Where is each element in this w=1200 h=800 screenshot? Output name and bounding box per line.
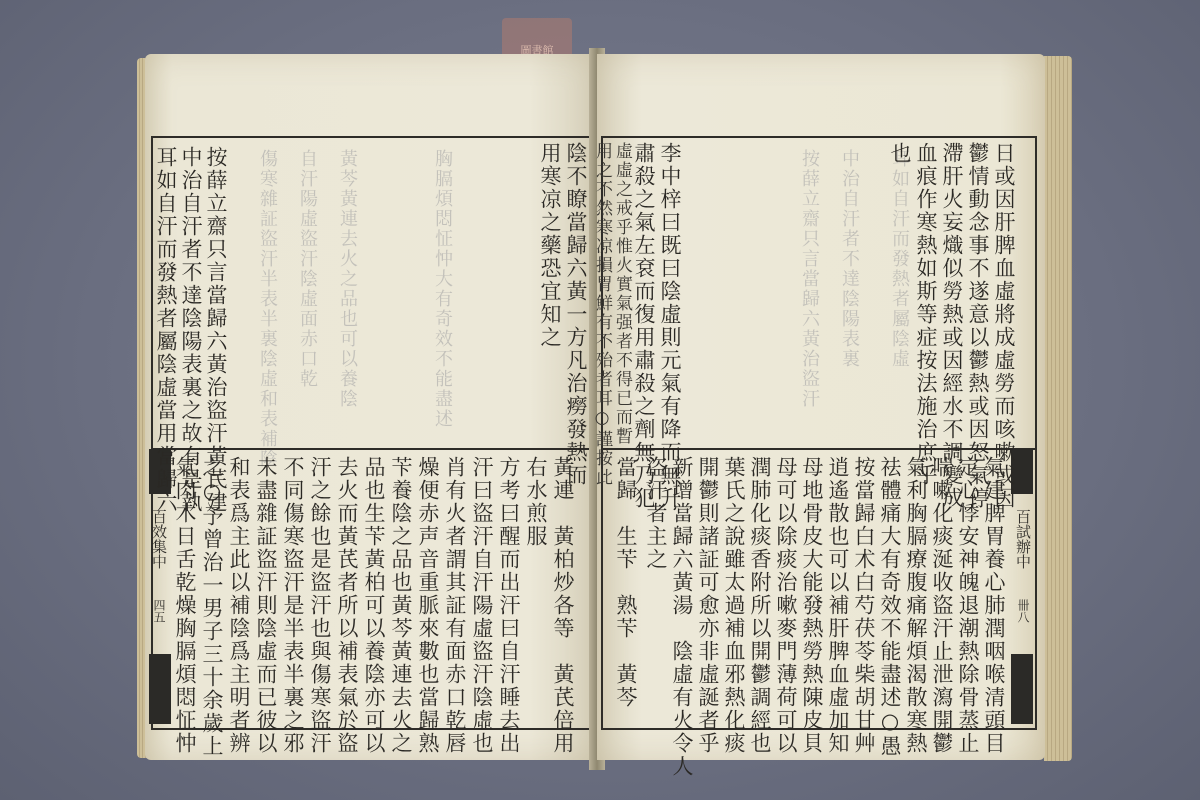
- right-page: 百試辦中 卌八 按薛立齋只言當歸六黃治盜汗 中治自汗者不達陰陽表裏 耳如自汗而發…: [597, 54, 1045, 760]
- text-column: 汗之餘也是盜汗也與傷寒盜汗: [307, 456, 333, 726]
- right-fold-title: 百試辦中: [1013, 509, 1034, 569]
- text-column: 耳如自汗而發熱者屬陰虛當用當歸六: [153, 146, 179, 446]
- text-column: 喘嗽化痰涎收盜汗止泄瀉開鬱: [929, 456, 955, 726]
- text-column: 滯肝火妄熾似勞熱或因經水不調變成: [939, 142, 965, 442]
- text-column: 血痕作寒熱如斯等症按法施治庶乎: [913, 142, 939, 442]
- left-page: 百效集中 四五 傷寒雜証盜汗半表半裏陰虛和表補陰 自汗陽虛盜汗陰虛面赤口乾 黃芩…: [145, 54, 597, 760]
- text-column: 母可以除痰治嗽麥門薄荷可以: [773, 456, 799, 726]
- text-column: 和表爲主此以補陰爲主明者辨: [226, 456, 252, 726]
- text-column: 按薛立齋只言當歸六黃治盜汗黃芪建: [203, 146, 229, 446]
- text-column: 定心悸安神魄退潮熱除骨蒸止: [955, 456, 981, 726]
- right-fishtail-bottom: [1011, 654, 1033, 724]
- text-column: 氣利胸膈療腹痛解煩渴散寒熱: [903, 456, 929, 726]
- text-column: 汗曰盜汗自汗陽虛盜汗陰虛也: [469, 456, 495, 726]
- text-column: 也: [887, 142, 913, 182]
- left-fold-title: 百效集中: [149, 509, 170, 569]
- text-column: 未盡雜証盜汗則陰虛而已彼以: [253, 456, 279, 726]
- text-column: 用之不然寒凉損胃鮮有不殆者耳○謹按此: [589, 142, 615, 442]
- text-column: 苄養陰之品也黃芩黃連去火之: [388, 456, 414, 726]
- text-column: 新增當歸六黃湯 陰虛有火令人: [669, 456, 695, 726]
- open-book: 百效集中 四五 傷寒雜証盜汗半表半裏陰虛和表補陰 自汗陽虛盜汗陰虛面赤口乾 黃芩…: [137, 48, 1072, 770]
- text-column: 葉氏之說雖太過補血邪熱化痰: [721, 456, 747, 726]
- text-column: 祛體痛大有奇效不能盡述○愚: [877, 456, 903, 726]
- text-column: 開鬱則諸証可愈亦非虛誕者乎: [695, 456, 721, 726]
- text-column: 當歸 生苄 熟苄 黃芩: [613, 456, 639, 726]
- text-column: 燥便赤声音重脈來數也當歸熟: [415, 456, 441, 726]
- text-column: 陰不瞭當歸六黃一方凡治癆發熱而: [563, 142, 589, 442]
- left-fold-page-number: 四五: [151, 599, 168, 623]
- text-column: 不同傷寒盜汗是半表半裏之邪: [280, 456, 306, 726]
- text-column: 母地骨皮大能發熱勞熱陳皮貝: [799, 456, 825, 726]
- right-page-edges: [1044, 56, 1072, 761]
- text-column: 氣肉木日舌乾燥胸膈煩悶怔忡: [172, 456, 198, 726]
- text-column: 鬱情動念事不遂意以鬱熱或因怒氣停: [965, 142, 991, 442]
- text-column: 去火而黃芪者所以補表氣於盜: [334, 456, 360, 726]
- text-column: 品也生苄黃柏可以養陰亦可以: [361, 456, 387, 726]
- text-column: 氣建脾胃養心肺潤咽喉清頭目: [981, 456, 1007, 726]
- text-column: 之○予曾治一男子三十余歲上: [199, 456, 225, 726]
- text-column: 逍遙散也可以補肝脾血虛加知: [825, 456, 851, 726]
- text-column: 李中梓曰既曰陰虛則元氣有降而無升: [657, 142, 683, 442]
- text-column: 方考曰醒而出汗曰自汗睡去出: [496, 456, 522, 726]
- left-fishtail-bottom: [149, 654, 171, 724]
- text-column: 黃連 黃柏炒各等 黃芪倍用: [550, 456, 576, 726]
- text-column: 用寒凉之藥恐宜知之: [537, 142, 563, 442]
- text-column: 日或因肝脾血虛將成虛勞而咳嗽或因: [991, 142, 1017, 442]
- text-column: 肖有火者謂其証有面赤口乾唇: [442, 456, 468, 726]
- right-fold-page-number: 卌八: [1015, 599, 1032, 623]
- text-column: 中治自汗者不達陰陽表裏之故有是執: [178, 146, 204, 446]
- text-column: 盜汗者主之: [643, 456, 669, 726]
- text-column: 潤肺化痰香附所以開鬱調經也: [747, 456, 773, 726]
- text-column: 右水煎服: [523, 456, 549, 726]
- text-column: 按當歸白术白芍茯苓柴胡甘艸: [851, 456, 877, 726]
